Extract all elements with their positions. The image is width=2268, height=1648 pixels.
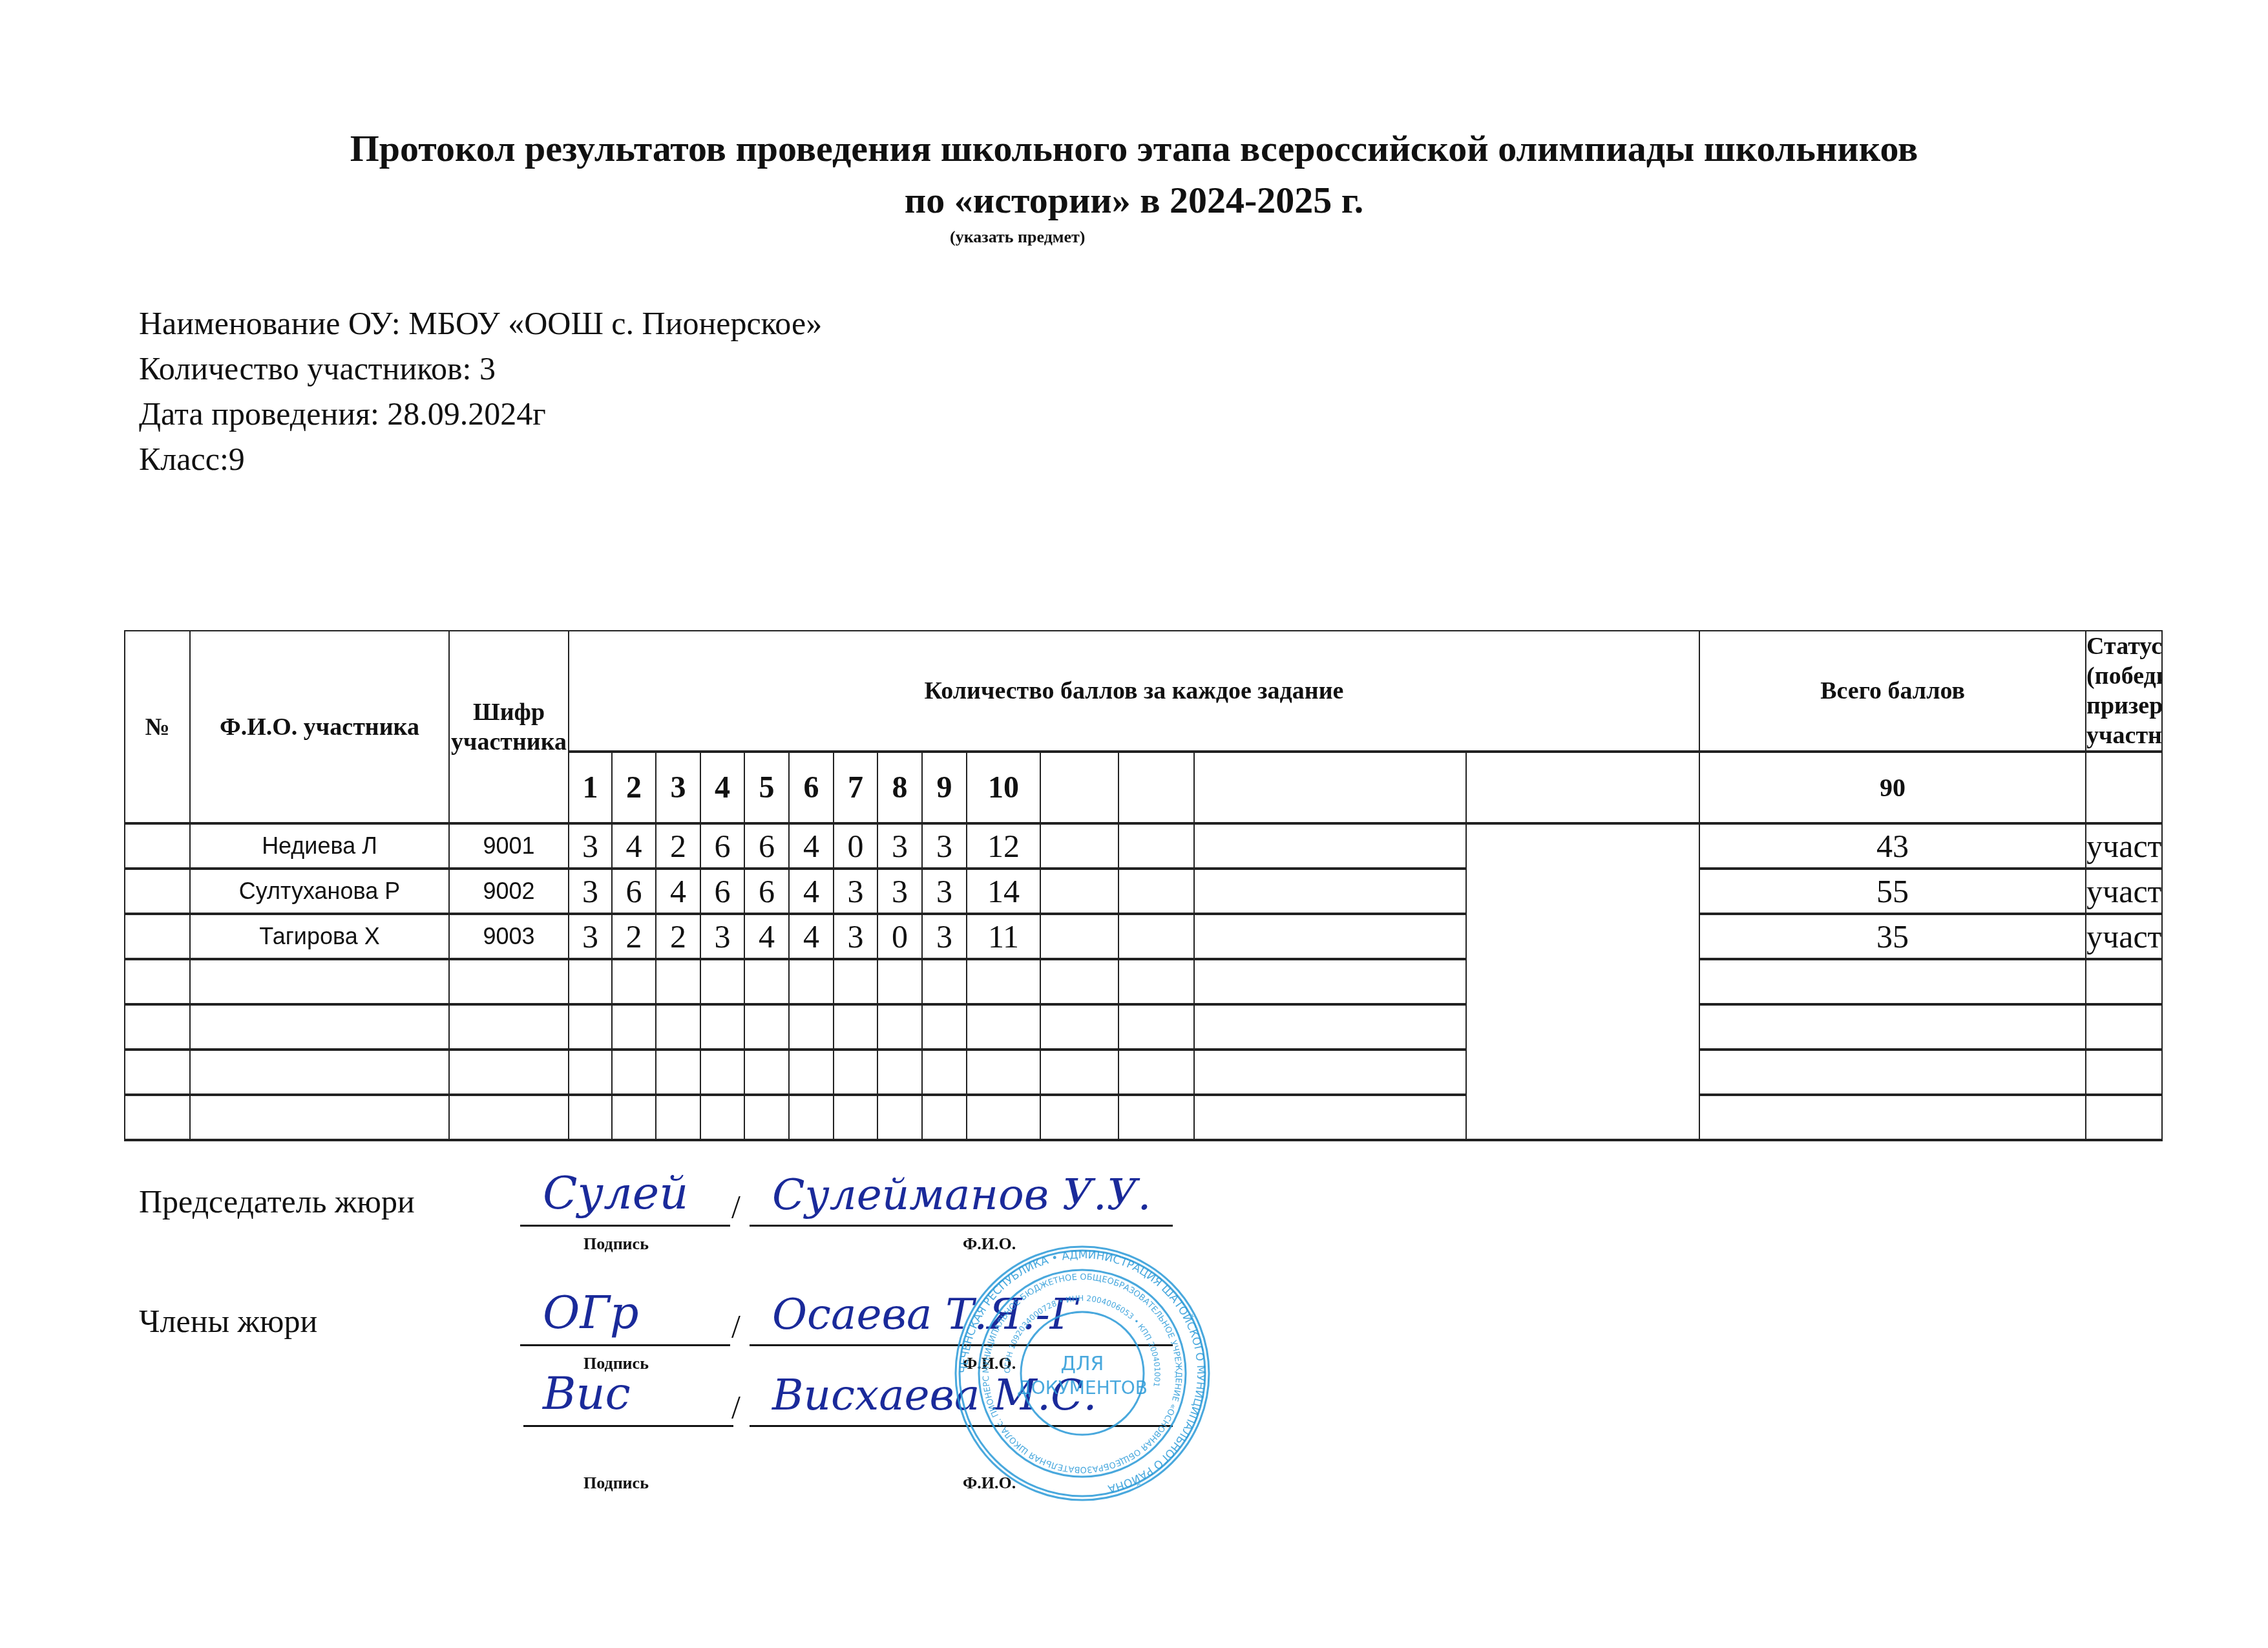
header-code: Шифр участника <box>449 631 569 823</box>
task-score <box>1194 869 1466 914</box>
task-score: 2 <box>612 914 656 959</box>
task-score <box>922 1095 967 1140</box>
participant-code <box>449 1004 569 1050</box>
participant-code <box>449 959 569 1004</box>
task-score <box>569 1004 612 1050</box>
table-row: Недиева Л90013426640331243участник <box>125 823 2162 869</box>
task-score <box>1040 1050 1118 1095</box>
table-row <box>125 1095 2162 1140</box>
task-score <box>967 1004 1040 1050</box>
participant-name: Султуханова Р <box>190 869 449 914</box>
row-number <box>125 1050 190 1095</box>
task-score <box>789 1004 834 1050</box>
merged-blank-column <box>1466 823 1699 1140</box>
task-score <box>967 1050 1040 1095</box>
task-score <box>744 959 789 1004</box>
task-score <box>1118 1004 1194 1050</box>
task-number-cell <box>1118 752 1194 823</box>
task-score <box>612 1004 656 1050</box>
task-score <box>1040 1095 1118 1140</box>
task-number-cell: 1 <box>569 752 612 823</box>
task-score: 3 <box>569 914 612 959</box>
task-score: 3 <box>834 869 877 914</box>
signature-caption: Подпись <box>583 1474 649 1493</box>
task-score <box>1194 914 1466 959</box>
task-score: 3 <box>922 823 967 869</box>
task-score <box>1118 914 1194 959</box>
task-number-cell: 3 <box>656 752 700 823</box>
participant-status <box>2086 959 2162 1004</box>
task-score <box>789 959 834 1004</box>
task-score <box>967 959 1040 1004</box>
results-table: № Ф.И.О. участника Шифр участника Количе… <box>124 630 2163 1141</box>
task-number-cell: 6 <box>789 752 834 823</box>
task-score: 4 <box>789 869 834 914</box>
event-date: Дата проведения: 28.09.2024г <box>139 391 822 436</box>
signature-scribble: Сулей <box>543 1167 688 1220</box>
task-score: 3 <box>569 869 612 914</box>
participant-name: Недиева Л <box>190 823 449 869</box>
task-number-cell: 9 <box>922 752 967 823</box>
participant-code: 9003 <box>449 914 569 959</box>
subject-hint: (указать предмет) <box>950 227 1086 247</box>
title-line-1: Протокол результатов проведения школьног… <box>0 123 2268 174</box>
task-number-cell: 4 <box>700 752 744 823</box>
task-number-cell: 8 <box>877 752 922 823</box>
participant-name <box>190 1050 449 1095</box>
task-score <box>744 1050 789 1095</box>
stamp-center-1: ДЛЯ <box>1061 1353 1104 1375</box>
task-score: 0 <box>834 823 877 869</box>
separator-slash: / <box>731 1188 740 1225</box>
row-number <box>125 823 190 869</box>
name-line <box>750 1225 1173 1227</box>
task-score: 3 <box>877 869 922 914</box>
task-score <box>656 1095 700 1140</box>
task-score: 3 <box>834 914 877 959</box>
participant-status: участник <box>2086 869 2162 914</box>
separator-slash: / <box>731 1388 740 1426</box>
task-score: 4 <box>612 823 656 869</box>
task-score <box>834 1004 877 1050</box>
document-title: Протокол результатов проведения школьног… <box>0 123 2268 226</box>
task-score <box>1040 823 1118 869</box>
jury-name-handwritten: Сулейманов У.У. <box>772 1170 1151 1220</box>
table-row <box>125 1004 2162 1050</box>
table-row <box>125 1050 2162 1095</box>
official-stamp: ЧЕЧЕНСКАЯ РЕСПУБЛИКА • АДМИНИСТРАЦИЯ ШАТ… <box>953 1244 1212 1503</box>
table-header-row: № Ф.И.О. участника Шифр участника Количе… <box>125 631 2162 752</box>
title-line-2: по «истории» в 2024-2025 г. <box>0 174 2268 226</box>
task-score: 6 <box>744 869 789 914</box>
task-score <box>612 959 656 1004</box>
participant-name <box>190 1095 449 1140</box>
total-score <box>1699 1004 2086 1050</box>
members-label: Члены жюри <box>139 1302 317 1340</box>
task-score <box>1040 869 1118 914</box>
signature-line <box>520 1344 730 1346</box>
task-score: 4 <box>744 914 789 959</box>
task-score <box>656 1050 700 1095</box>
task-score: 4 <box>789 823 834 869</box>
task-score <box>1194 823 1466 869</box>
total-score <box>1699 1050 2086 1095</box>
task-score <box>700 1050 744 1095</box>
row-number <box>125 1004 190 1050</box>
status-blank-cell <box>2086 752 2162 823</box>
task-score <box>700 1095 744 1140</box>
signature-scribble: Вис <box>543 1367 631 1420</box>
participant-code <box>449 1050 569 1095</box>
school-name: Наименование ОУ: МБОУ «ООШ с. Пионерское… <box>139 301 822 346</box>
task-score <box>1040 959 1118 1004</box>
chair-label: Председатель жюри <box>139 1183 415 1220</box>
task-score <box>1194 1095 1466 1140</box>
task-score: 6 <box>700 869 744 914</box>
task-score <box>877 959 922 1004</box>
task-score: 6 <box>612 869 656 914</box>
task-score <box>569 1050 612 1095</box>
participant-status <box>2086 1095 2162 1140</box>
participant-status: участник <box>2086 823 2162 869</box>
task-score <box>834 959 877 1004</box>
row-number <box>125 914 190 959</box>
task-score <box>744 1004 789 1050</box>
participant-name: Тагирова Х <box>190 914 449 959</box>
task-score <box>1118 959 1194 1004</box>
task-score <box>1118 1095 1194 1140</box>
task-number-cell <box>1040 752 1118 823</box>
task-score: 3 <box>877 823 922 869</box>
task-score <box>1194 959 1466 1004</box>
task-number-cell: 2 <box>612 752 656 823</box>
task-score: 12 <box>967 823 1040 869</box>
task-score: 4 <box>789 914 834 959</box>
task-score <box>569 1095 612 1140</box>
task-score <box>656 1004 700 1050</box>
row-number <box>125 869 190 914</box>
task-score: 2 <box>656 823 700 869</box>
task-score <box>834 1050 877 1095</box>
total-score: 55 <box>1699 869 2086 914</box>
table-row: Султуханова Р90023646643331455участник <box>125 869 2162 914</box>
task-score <box>1118 823 1194 869</box>
task-number-cell: 5 <box>744 752 789 823</box>
task-score <box>1040 1004 1118 1050</box>
participant-status <box>2086 1004 2162 1050</box>
header-fio: Ф.И.О. участника <box>190 631 449 823</box>
signature-line <box>523 1425 733 1427</box>
task-score <box>922 1050 967 1095</box>
task-score <box>877 1050 922 1095</box>
task-score <box>789 1050 834 1095</box>
task-score: 3 <box>700 914 744 959</box>
task-score: 2 <box>656 914 700 959</box>
task-score <box>700 959 744 1004</box>
task-score: 14 <box>967 869 1040 914</box>
task-number-cell: 7 <box>834 752 877 823</box>
task-score <box>922 959 967 1004</box>
grade: Класс:9 <box>139 436 822 481</box>
header-total: Всего баллов <box>1699 631 2086 752</box>
task-score <box>569 959 612 1004</box>
total-score: 35 <box>1699 914 2086 959</box>
task-score <box>1118 1050 1194 1095</box>
total-score <box>1699 959 2086 1004</box>
task-score <box>789 1095 834 1140</box>
total-score: 43 <box>1699 823 2086 869</box>
task-score: 6 <box>700 823 744 869</box>
task-score: 11 <box>967 914 1040 959</box>
task-score: 3 <box>922 869 967 914</box>
participant-code: 9001 <box>449 823 569 869</box>
task-number-cell: 10 <box>967 752 1040 823</box>
max-total-cell: 90 <box>1699 752 2086 823</box>
participants-count: Количество участников: 3 <box>139 346 822 391</box>
header-status: Статус (победитель, призер, участник) <box>2086 631 2162 752</box>
task-score <box>744 1095 789 1140</box>
info-block: Наименование ОУ: МБОУ «ООШ с. Пионерское… <box>139 301 822 481</box>
participant-status <box>2086 1050 2162 1095</box>
signature-scribble: ОГр <box>543 1286 639 1339</box>
signature-caption: Подпись <box>583 1234 649 1254</box>
task-score <box>1194 1050 1466 1095</box>
task-score: 0 <box>877 914 922 959</box>
task-number-cell <box>1194 752 1466 823</box>
task-score <box>922 1004 967 1050</box>
task-score <box>700 1004 744 1050</box>
signature-line <box>520 1225 730 1227</box>
task-score: 4 <box>656 869 700 914</box>
participant-name <box>190 1004 449 1050</box>
task-score <box>612 1095 656 1140</box>
task-score <box>656 959 700 1004</box>
task-score: 3 <box>922 914 967 959</box>
row-number <box>125 959 190 1004</box>
task-score <box>1118 869 1194 914</box>
task-score <box>834 1095 877 1140</box>
task-score <box>1040 914 1118 959</box>
header-scores: Количество баллов за каждое задание <box>569 631 1699 752</box>
task-extra-cell <box>1466 752 1699 823</box>
participant-code <box>449 1095 569 1140</box>
stamp-center-2: ДОКУМЕНТОВ <box>1017 1377 1148 1399</box>
task-score <box>1194 1004 1466 1050</box>
task-score <box>612 1050 656 1095</box>
participant-code: 9002 <box>449 869 569 914</box>
total-score <box>1699 1095 2086 1140</box>
task-score <box>877 1004 922 1050</box>
task-score: 6 <box>744 823 789 869</box>
separator-slash: / <box>731 1307 740 1345</box>
table-row <box>125 959 2162 1004</box>
task-score <box>877 1095 922 1140</box>
header-number: № <box>125 631 190 823</box>
participant-status: участник <box>2086 914 2162 959</box>
table-row: Тагирова Х90033223443031135участник <box>125 914 2162 959</box>
task-score <box>967 1095 1040 1140</box>
participant-name <box>190 959 449 1004</box>
row-number <box>125 1095 190 1140</box>
task-score: 3 <box>569 823 612 869</box>
